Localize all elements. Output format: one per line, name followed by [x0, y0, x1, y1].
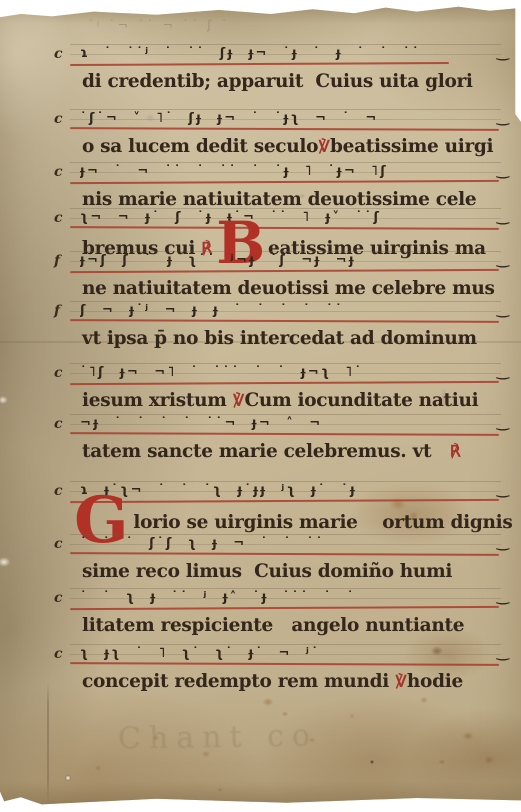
custos-mark: ‿	[497, 480, 509, 498]
staff: c ʅ ɟʅ ˙ ˥ ʅ˙ ʅ˙ ɟ˙ ¬ ʲ˙ ‿	[56, 636, 507, 670]
custos-mark: ‿	[497, 413, 509, 431]
music-system: c ˙˥ʃ ɟ¬ ¬˥ ˙ ˙˙˙ ˙ ˙ ɟ¬ʅ ˥˙ ‿ iesum xri…	[56, 355, 507, 413]
manuscript-photo: ˙ʲ ˙¬ ˙˙ ¬ ˙˙ ʃ ˙ c ɿ ˙ ˙˙ʲ ˙ ˙˙ ʃɟ ɟ¬ ˙…	[0, 0, 521, 812]
music-system: c ɿ ˙ ˙˙ʲ ˙ ˙˙ ʃɟ ɟ¬ ˙ɟ ˙ ɟ ˙ ˙ ˙˙ ‿ di …	[56, 36, 507, 94]
custos-mark: ‿	[497, 533, 509, 551]
music-system: c ˙ ˙ ʅ ɟ ˙˙ ʲ ɟ˄ ˙ɟ ˙˙˙ ˙ ˙ ‿ litatem r…	[56, 580, 507, 638]
staff: c ¬ɟ ˙ ˙ ˙ ˙ ˙˙¬ ɟ¬ ˄ ¬ ‿	[56, 406, 507, 440]
clef-letter: c	[54, 111, 63, 127]
staff: c ˙ ˙ ˙ ʃ˙ʃ ʅ ɟ ¬ ˙ ˙ ˙˙ ‿	[56, 526, 507, 560]
music-system: c ˙ʃ˙¬ ˅ ˥˙ ʃɟ ɟ¬ ˙ ˙ɟʅ ¬ ˙ ¬ ‿ o sa luc…	[56, 101, 507, 159]
chant-text: di credentib; apparuit Cuius uita glori	[82, 71, 473, 92]
chant-text: concepit redempto rem mundi	[82, 671, 395, 692]
chant-text-line: litatem respiciente angelo nuntiante	[56, 614, 507, 638]
staff: c ɟ¬ ˙ ¬ ˙˙ ˙ ˙˙ ˙ ˙ɟ ˥ ˙ɟ¬ ˥ʃ ‿	[56, 154, 507, 188]
staff: c ˙ ˙ ʅ ɟ ˙˙ ʲ ɟ˄ ˙ɟ ˙˙˙ ˙ ˙ ‿	[56, 580, 507, 614]
custos-mark: ‿	[497, 161, 509, 179]
systems: c ɿ ˙ ˙˙ʲ ˙ ˙˙ ʃɟ ɟ¬ ˙ɟ ˙ ɟ ˙ ˙ ˙˙ ‿ di …	[56, 6, 507, 806]
chant-text: sime reco limus Cuius domiño humi	[82, 561, 452, 582]
staff: c ˙ʃ˙¬ ˅ ˥˙ ʃɟ ɟ¬ ˙ ˙ɟʅ ¬ ˙ ¬ ‿	[56, 101, 507, 135]
chant-text: tatem sancte marie celebremus. vt	[82, 441, 450, 462]
chant-text: hodie	[407, 671, 463, 692]
clef-letter: c	[54, 365, 63, 381]
clef-letter: c	[54, 164, 63, 180]
music-system: c ˙ ˙ ˙ ʃ˙ʃ ʅ ɟ ¬ ˙ ˙ ˙˙ ‿ sime reco lim…	[56, 526, 507, 584]
clef-letter: c	[54, 590, 63, 606]
rubric-mark: ℣	[395, 672, 407, 691]
clef-letter: f	[54, 253, 60, 269]
rubric-mark: ℟	[450, 442, 461, 461]
chant-text: litatem respiciente angelo nuntiante	[82, 615, 464, 636]
custos-mark: ‿	[497, 362, 509, 380]
custos-mark: ‿	[497, 43, 509, 61]
chant-text-line: di credentib; apparuit Cuius uita glori	[56, 70, 507, 94]
music-system: c ɿ ɟ˙ʅ¬ ˙ ˙ ˙ʅ ɟ˙ɟɟ ʲʅ ɟ˙ ˙ɟ ‿ Glorio s…	[56, 473, 507, 531]
clef-letter: c	[54, 416, 63, 432]
staff: c ˙˥ʃ ɟ¬ ¬˥ ˙ ˙˙˙ ˙ ˙ ɟ¬ʅ ˥˙ ‿	[56, 355, 507, 389]
staff: f ʃ ¬ ɟ˙ʲ ¬ ɟ ɟ ˙ ˙ ˙ ˙ ˙˙ ‿	[56, 293, 507, 327]
chant-text: vt ipsa p̄ no bis intercedat ad dominum	[82, 328, 477, 349]
clef-letter: c	[54, 483, 63, 499]
music-system: f ʃ ¬ ɟ˙ʲ ¬ ɟ ɟ ˙ ˙ ˙ ˙ ˙˙ ‿ vt ipsa p̄ …	[56, 293, 507, 351]
chant-text-line: vt ipsa p̄ no bis intercedat ad dominum	[56, 327, 507, 351]
staff: c ɿ ˙ ˙˙ʲ ˙ ˙˙ ʃɟ ɟ¬ ˙ɟ ˙ ɟ ˙ ˙ ˙˙ ‿	[56, 36, 507, 70]
parchment-leaf: ˙ʲ ˙¬ ˙˙ ¬ ˙˙ ʃ ˙ c ɿ ˙ ˙˙ʲ ˙ ˙˙ ʃɟ ɟ¬ ˙…	[0, 6, 521, 806]
chant-text-line: concepit redempto rem mundi ℣hodie	[56, 670, 507, 694]
ghost-inscription: Chant co	[118, 718, 319, 756]
clef-letter: c	[54, 210, 63, 226]
chant-text-line: tatem sancte marie celebremus. vt ℟	[56, 440, 507, 464]
music-system: c ¬ɟ ˙ ˙ ˙ ˙ ˙˙¬ ɟ¬ ˄ ¬ ‿ tatem sancte m…	[56, 406, 507, 464]
clef-letter: c	[54, 646, 63, 662]
custos-mark: ‿	[497, 250, 509, 268]
music-system: c ʅ ɟʅ ˙ ˥ ʅ˙ ʅ˙ ɟ˙ ¬ ʲ˙ ‿ concepit rede…	[56, 636, 507, 694]
clef-letter: c	[54, 536, 63, 552]
staff: f ɟ¬ʃ ʃ ˙ ɟ ʅ˙˙ ʲ¬ɟ ˙ʃ ¬ɟ ¬ɟ ‿	[56, 243, 507, 277]
custos-mark: ‿	[497, 300, 509, 318]
clef-letter: c	[54, 46, 63, 62]
custos-mark: ‿	[497, 207, 509, 225]
custos-mark: ‿	[497, 108, 509, 126]
clef-letter: f	[54, 303, 60, 319]
vertical-crease	[47, 682, 49, 804]
custos-mark: ‿	[497, 587, 509, 605]
custos-mark: ‿	[497, 643, 509, 661]
staff: c ʅ¬ ¬ ɟ˙ ʃ ˙ɟ ɟ˙¬ ˙˙ ˥ ɟ˅ ˙˙ʃ ‿	[56, 200, 507, 234]
